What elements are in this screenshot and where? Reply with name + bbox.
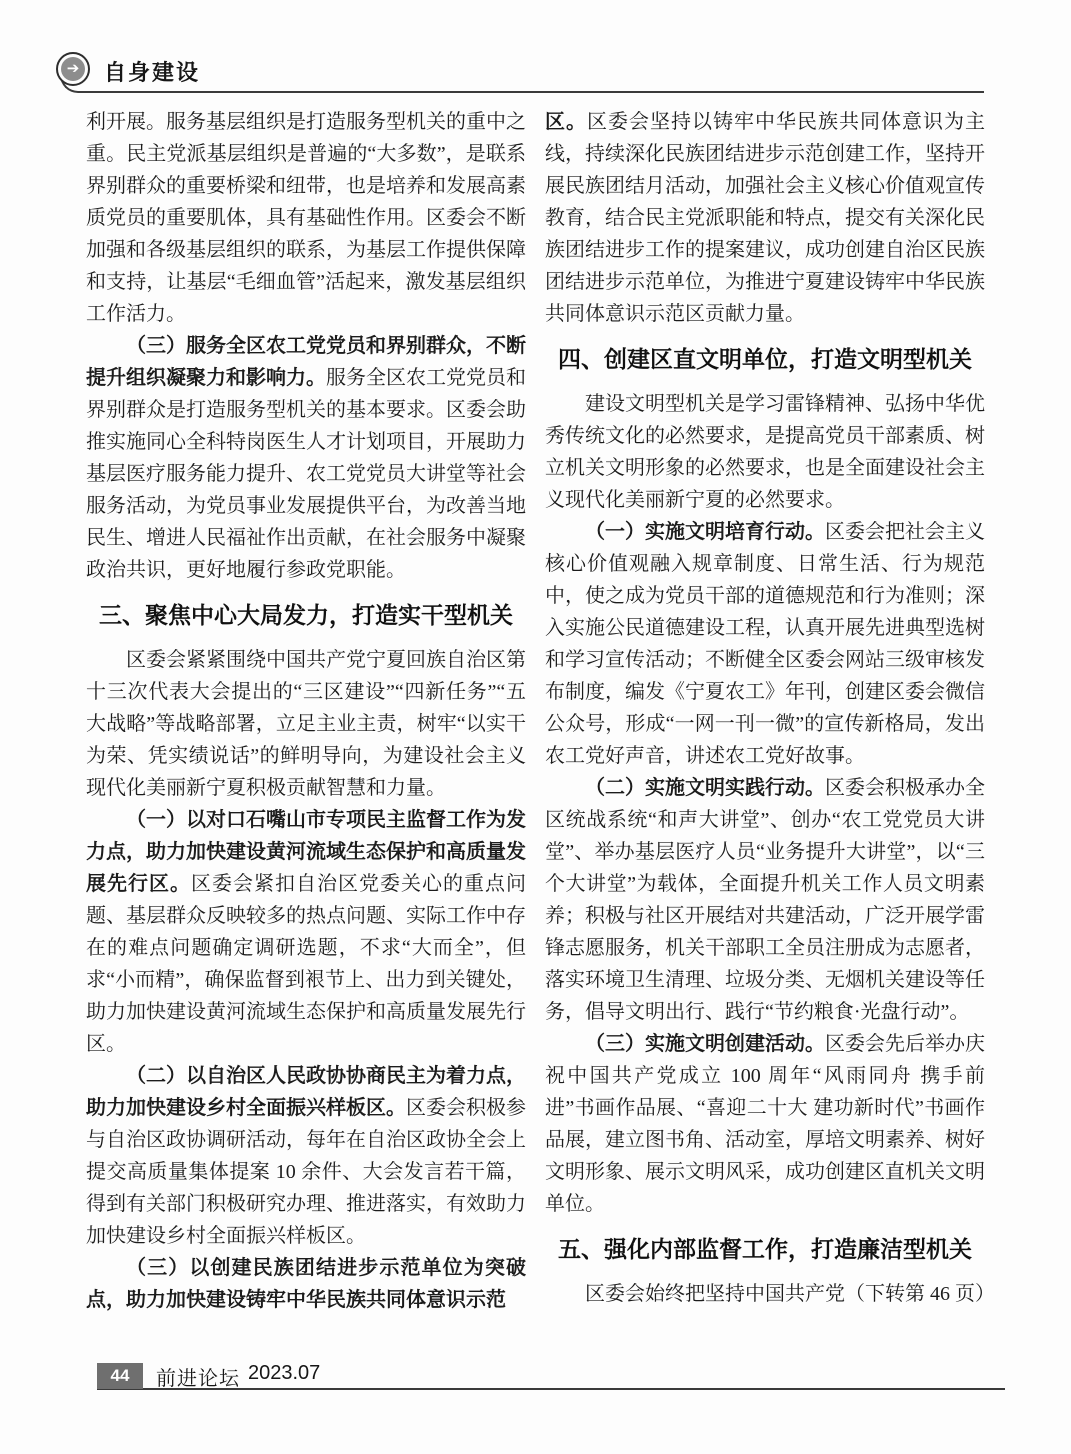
paragraph: （一）以对口石嘴山市专项民主监督工作为发力点，助力加快建设黄河流域生态保护和高质… xyxy=(86,804,526,1060)
page-number-badge: 44 xyxy=(97,1363,143,1389)
paragraph: 区委会始终把坚持中国共产党（下转第 46 页） xyxy=(545,1278,985,1310)
paragraph: （二）以自治区人民政协协商民主为着力点，助力加快建设乡村全面振兴样板区。区委会积… xyxy=(86,1060,526,1252)
paragraph: 区。区委会坚持以铸牢中华民族共同体意识为主线，持续深化民族团结进步示范创建工作，… xyxy=(545,106,985,330)
paragraph-lead-bold: （二）实施文明实践行动。 xyxy=(585,777,825,799)
paragraph: 利开展。服务基层组织是打造服务型机关的重中之重。民主党派基层组织是普遍的“大多数… xyxy=(86,106,526,330)
paragraph-lead-bold: （三）实施文明创建活动。 xyxy=(585,1033,825,1055)
paragraph-text: 建设文明型机关是学习雷锋精神、弘扬中华优秀传统文化的必然要求，是提高党员干部素质… xyxy=(545,393,985,511)
paragraph: （三）实施文明创建活动。区委会先后举办庆祝中国共产党成立 100 周年“风雨同舟… xyxy=(545,1028,985,1220)
paragraph-text: 区委会始终把坚持中国共产党（下转第 46 页） xyxy=(585,1283,995,1305)
left-column: 利开展。服务基层组织是打造服务型机关的重中之重。民主党派基层组织是普遍的“大多数… xyxy=(86,106,526,1316)
paragraph: （一）实施文明培育行动。区委会把社会主义核心价值观融入规章制度、日常生活、行为规… xyxy=(545,516,985,772)
arrow-glyph: ➔ xyxy=(67,61,80,76)
paragraph-lead-bold: （三）以创建民族团结进步示范单位为突破点，助力加快建设铸牢中华民族共同体意识示范 xyxy=(86,1257,526,1311)
paragraph-lead-bold: （一）实施文明培育行动。 xyxy=(585,521,825,543)
paragraph-text: 区委会积极承办全区统战系统“和声大讲堂”、创办“农工党党员大讲堂”、举办基层医疗… xyxy=(545,777,985,1023)
arrow-icon-disc: ➔ xyxy=(61,57,85,81)
section-heading-3: 三、聚焦中心大局发力，打造实干型机关 xyxy=(86,596,526,636)
arrow-right-circle-icon: ➔ xyxy=(56,52,90,86)
paragraph-lead-bold: 区。 xyxy=(545,111,587,133)
paragraph: （三）服务全区农工党党员和界别群众，不断提升组织凝聚力和影响力。服务全区农工党党… xyxy=(86,330,526,586)
article-body: 利开展。服务基层组织是打造服务型机关的重中之重。民主党派基层组织是普遍的“大多数… xyxy=(86,106,985,1316)
paragraph-text: 区委会紧扣自治区党委关心的重点问题、基层群众反映较多的热点问题、实际工作中存在的… xyxy=(86,873,526,1055)
paragraph-text: 区委会紧紧围绕中国共产党宁夏回族自治区第十三次代表大会提出的“三区建设”“四新任… xyxy=(86,649,526,799)
section-heading-4: 四、创建区直文明单位，打造文明型机关 xyxy=(545,340,985,380)
paragraph: （二）实施文明实践行动。区委会积极承办全区统战系统“和声大讲堂”、创办“农工党党… xyxy=(545,772,985,1028)
section-label: 自身建设 xyxy=(104,56,200,87)
issue-date: 2023.07 xyxy=(248,1362,320,1385)
paragraph-text: 区委会先后举办庆祝中国共产党成立 100 周年“风雨同舟 携手前进”书画作品展、… xyxy=(545,1033,985,1215)
journal-name: 前进论坛 xyxy=(156,1362,240,1391)
section-heading-5: 五、强化内部监督工作，打造廉洁型机关 xyxy=(545,1230,985,1270)
paragraph-text: 利开展。服务基层组织是打造服务型机关的重中之重。民主党派基层组织是普遍的“大多数… xyxy=(86,111,526,325)
paragraph: （三）以创建民族团结进步示范单位为突破点，助力加快建设铸牢中华民族共同体意识示范 xyxy=(86,1252,526,1316)
right-column: 区。区委会坚持以铸牢中华民族共同体意识为主线，持续深化民族团结进步示范创建工作，… xyxy=(545,106,985,1316)
paragraph: 建设文明型机关是学习雷锋精神、弘扬中华优秀传统文化的必然要求，是提高党员干部素质… xyxy=(545,388,985,516)
paragraph-text: 区委会积极参与自治区政协调研活动，每年在自治区政协全会上提交高质量集体提案 10… xyxy=(86,1097,526,1247)
paragraph: 区委会紧紧围绕中国共产党宁夏回族自治区第十三次代表大会提出的“三区建设”“四新任… xyxy=(86,644,526,804)
magazine-page: ➔ 自身建设 利开展。服务基层组织是打造服务型机关的重中之重。民主党派基层组织是… xyxy=(0,0,1071,1454)
paragraph-text: 服务全区农工党党员和界别群众是打造服务型机关的基本要求。区委会助推实施同心全科特… xyxy=(86,367,526,581)
paragraph-text: 区委会坚持以铸牢中华民族共同体意识为主线，持续深化民族团结进步示范创建工作，坚持… xyxy=(545,111,985,325)
paragraph-text: 区委会把社会主义核心价值观融入规章制度、日常生活、行为规范中，使之成为党员干部的… xyxy=(545,521,985,767)
